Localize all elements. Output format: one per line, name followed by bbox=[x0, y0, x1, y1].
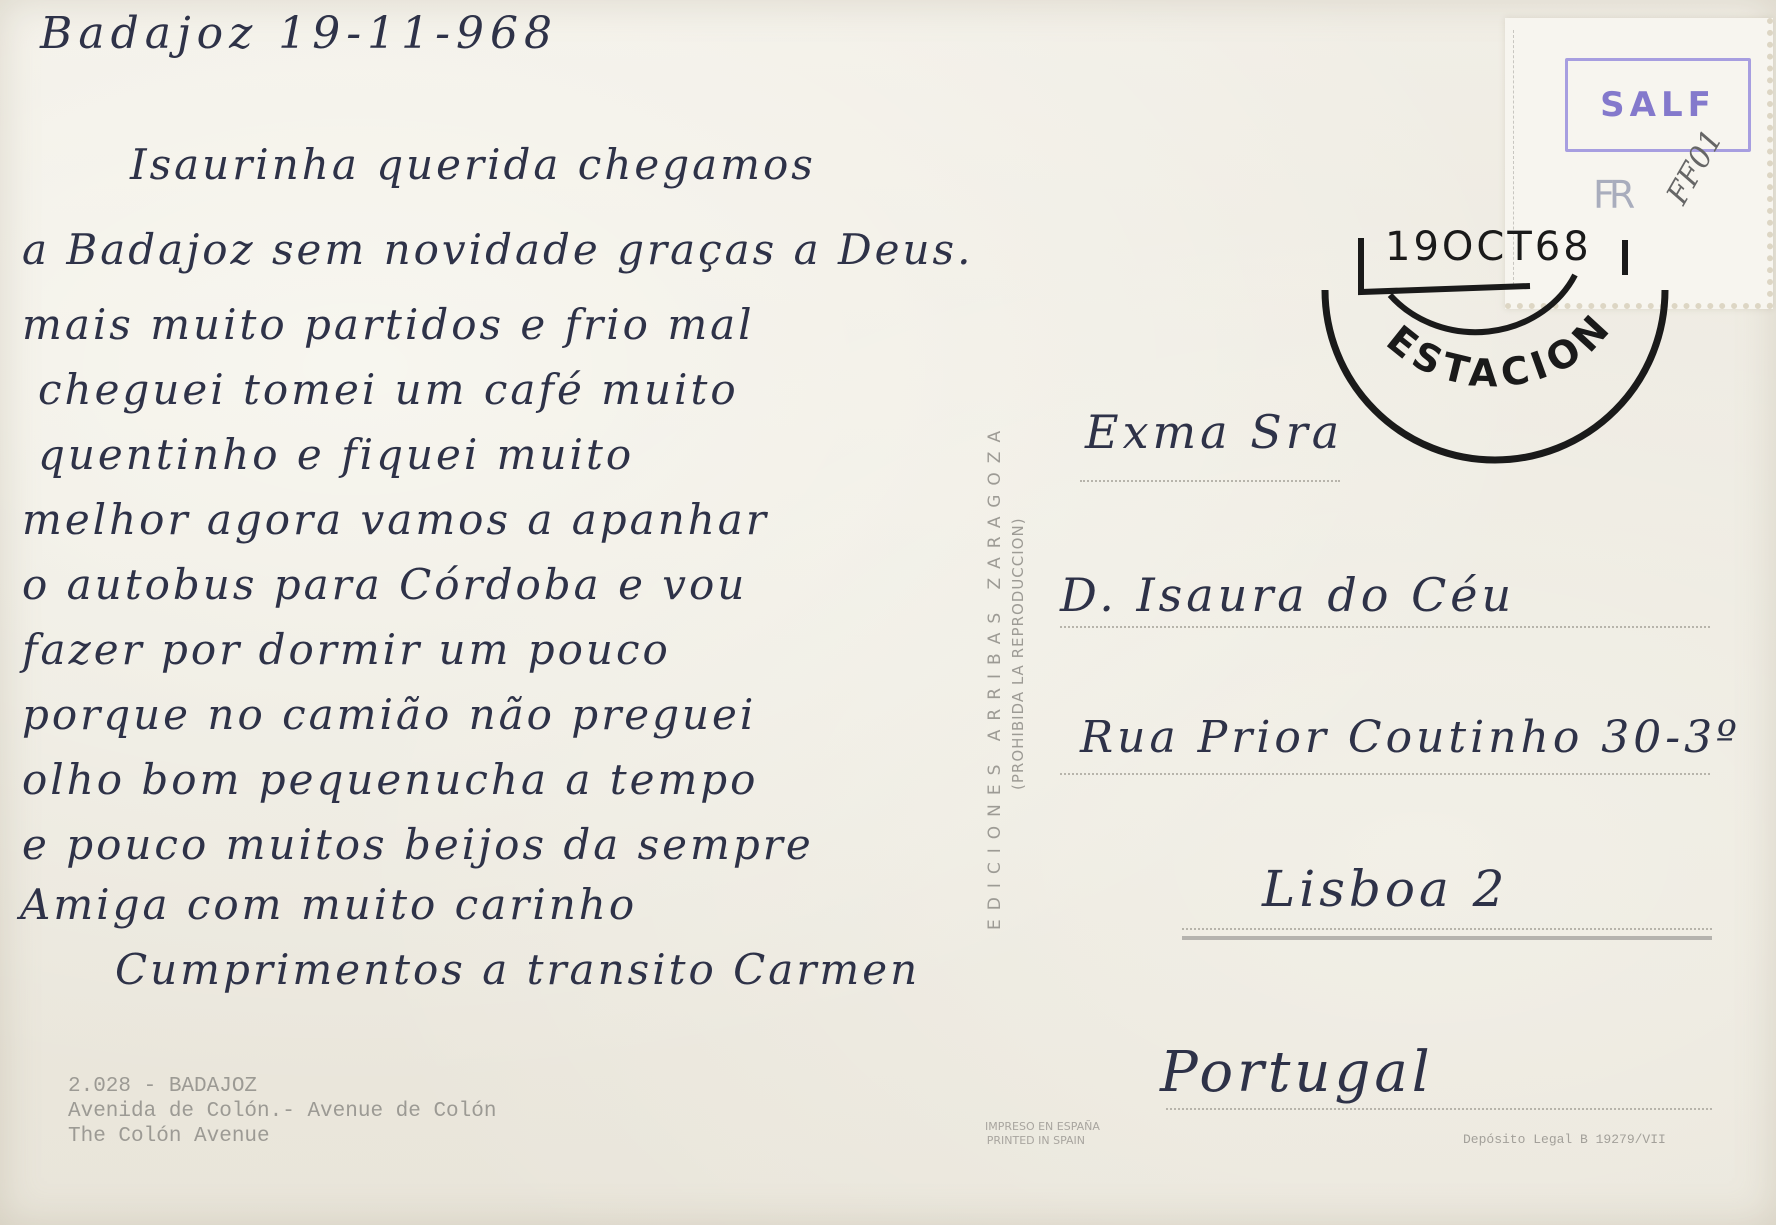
caption-line-1: 2.028 - BADAJOZ bbox=[68, 1075, 257, 1099]
address-country: Portugal bbox=[1160, 1040, 1434, 1105]
reproduction-notice: (PROHIBIDA LA REPRODUCCION) bbox=[1009, 422, 1027, 790]
message-line: Isaurinha querida chegamos bbox=[130, 140, 816, 189]
legal-deposit: Depósito Legal B 19279/VII bbox=[1463, 1132, 1666, 1147]
caption-line-2: Avenida de Colón.- Avenue de Colón bbox=[68, 1100, 496, 1124]
address-salutation: Exma Sra bbox=[1085, 405, 1343, 459]
message-line: fazer por dormir um pouco bbox=[22, 625, 671, 674]
message-line: mais muito partidos e frio mal bbox=[22, 300, 755, 349]
imprint-line-1: IMPRESO EN ESPAÑA bbox=[985, 1120, 1085, 1134]
publisher-vertical-text: EDICIONES ARRIBAS ZARAGOZA (PROHIBIDA LA… bbox=[985, 422, 1027, 930]
address-guide-4 bbox=[1182, 928, 1712, 930]
address-name: D. Isaura do Céu bbox=[1060, 568, 1515, 622]
postage-stamp: SALF FR FF01 bbox=[1505, 18, 1773, 309]
stamp-monogram: FR bbox=[1593, 173, 1629, 217]
postcard-back: Badajoz 19-11-968 Isaurinha querida cheg… bbox=[0, 0, 1776, 1225]
address-underline bbox=[1182, 936, 1712, 940]
caption-line-3: The Colón Avenue bbox=[68, 1125, 270, 1149]
message-line: o autobus para Córdoba e vou bbox=[22, 560, 747, 609]
message-line: olho bom pequenucha a tempo bbox=[22, 755, 758, 804]
message-line: cheguei tomei um café muito bbox=[38, 365, 739, 414]
message-line: Cumprimentos a transito Carmen bbox=[115, 945, 920, 994]
message-line: melhor agora vamos a apanhar bbox=[22, 495, 769, 544]
address-guide-5 bbox=[1166, 1108, 1712, 1110]
address-guide-2 bbox=[1060, 626, 1710, 628]
postmark-office: ESTACION bbox=[1379, 303, 1622, 396]
address-guide-3 bbox=[1060, 773, 1710, 775]
message-line: e pouco muitos beijos da sempre bbox=[22, 820, 814, 869]
publisher-name: EDICIONES ARRIBAS ZARAGOZA bbox=[985, 422, 1005, 930]
message-line: Amiga com muito carinho bbox=[20, 880, 637, 929]
message-line: a Badajoz sem novidade graças a Deus. bbox=[22, 225, 973, 274]
imprint-line-2: PRINTED IN SPAIN bbox=[985, 1134, 1085, 1148]
address-guide-1 bbox=[1080, 480, 1340, 482]
handwritten-date: Badajoz 19-11-968 bbox=[40, 8, 558, 59]
address-street: Rua Prior Coutinho 30-3º bbox=[1080, 712, 1741, 763]
message-line: porque no camião não preguei bbox=[22, 690, 756, 739]
address-city: Lisboa 2 bbox=[1262, 860, 1508, 918]
message-line: quentinho e fiquei muito bbox=[38, 430, 634, 479]
imprint: IMPRESO EN ESPAÑA PRINTED IN SPAIN bbox=[985, 1120, 1085, 1148]
